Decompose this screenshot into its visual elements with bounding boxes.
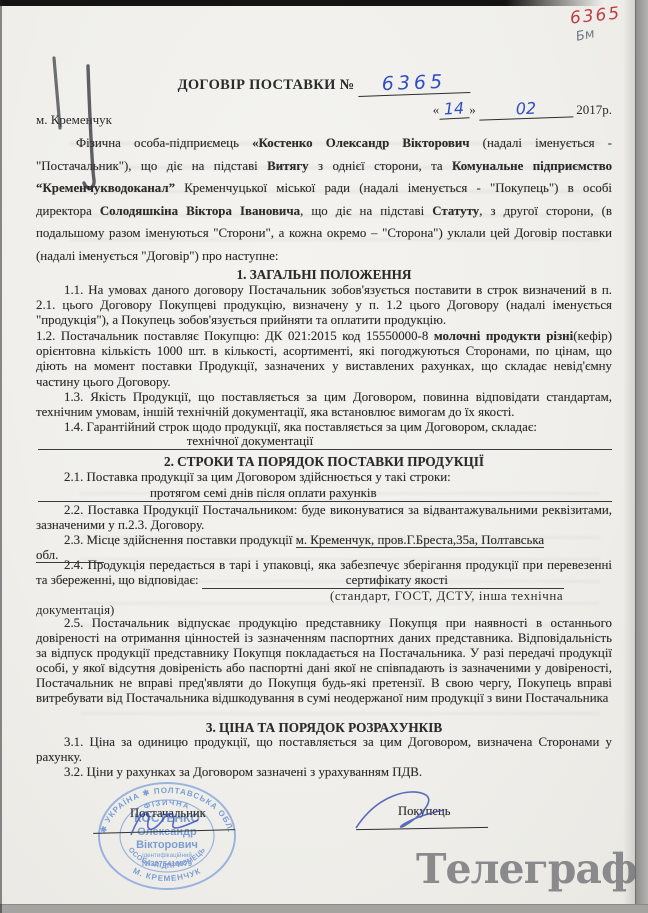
- clause-1-3: 1.3. Якість Продукції, що поставляється …: [36, 390, 612, 420]
- clause-2-4-fill-in: сертифікату якості: [202, 573, 564, 589]
- intro-run: , що діє на підставі: [300, 204, 432, 218]
- section-3-heading: 3. ЦІНА ТА ПОРЯДОК РОЗРАХУНКІВ: [36, 720, 612, 736]
- telegraf-watermark: ТелеграфЪ: [416, 845, 648, 893]
- clause-2-2: 2.2. Поставка Продукції Постачальником: …: [36, 503, 612, 533]
- registry-mark-handwritten: Бм: [575, 26, 596, 45]
- clause-1-1: 1.1. На умовах даного договору Постачаль…: [36, 283, 612, 329]
- section-2-heading: 2. СТРОКИ ТА ПОРЯДОК ПОСТАВКИ ПРОДУКЦІЇ: [36, 454, 612, 470]
- contract-title-label: ДОГОВІР ПОСТАВКИ №: [178, 77, 355, 93]
- intro-paragraph: Фізична особа-підприємець «Костенко Олек…: [36, 132, 612, 268]
- date-line: «14» 02 2017р.: [360, 99, 612, 119]
- stamp-id-number: №3275410579: [142, 859, 192, 868]
- scan-edge-right: [635, 0, 648, 913]
- stamp-id-label: ідентифікаційний: [142, 852, 192, 859]
- scan-shadow-right: [623, 0, 635, 913]
- intro-run: з однієї сторони, та: [309, 159, 452, 173]
- intro-run: Фізична особа-підприємець: [76, 136, 252, 150]
- contract-title: ДОГОВІР ПОСТАВКИ № 6365: [36, 72, 612, 95]
- watermark-gray-part: Телеграф: [416, 845, 637, 893]
- city-label: м. Кременчук: [36, 112, 112, 128]
- supplier-name-bold: «Костенко Олександр Вікторович: [252, 136, 469, 150]
- clause-2-3-label: 2.3. Місце здійснення поставки продукції: [64, 533, 296, 547]
- clause-2-1-fill-in: протягом семі днів після оплати рахунків: [38, 485, 612, 502]
- clause-2-4-note: (стандарт, ГОСТ, ДСТУ, інша технічна: [330, 589, 563, 604]
- registry-number-handwritten: 6365: [569, 3, 622, 28]
- clause-3-1: 3.1. Ціна за одиницю продукції, що поста…: [36, 735, 612, 765]
- clause-1-2-text: 1.2. Постачальник поставляє Покупцю: ДК …: [36, 329, 434, 343]
- date-year: 2017р.: [576, 102, 612, 117]
- clause-1-4-fill-in: технічної документації: [38, 433, 612, 450]
- clause-2-4: 2.4. Продукція передається в тарі і упак…: [36, 558, 612, 589]
- clause-2-1: 2.1. Поставка продукції за цим Договором…: [36, 470, 612, 485]
- clause-2-5: 2.5. Постачальник відпускає продукцію пр…: [36, 616, 612, 706]
- product-name-bold: молочні продукти різні: [434, 329, 573, 343]
- intro-run-bold: Статуту: [432, 204, 479, 218]
- date-month-handwritten: 02: [479, 97, 574, 120]
- section-1-heading: 1. ЗАГАЛЬНІ ПОЛОЖЕННЯ: [36, 267, 612, 283]
- director-name-bold: Солодяшкіна Віктора Івановича: [100, 204, 300, 218]
- buyer-signature: [348, 786, 478, 836]
- clause-3-2: 3.2. Ціни у рахунках за Договором зазнач…: [36, 765, 612, 780]
- date-quote-close: »: [469, 102, 476, 117]
- intro-run-bold: Витягу: [267, 159, 308, 173]
- clause-1-2: 1.2. Постачальник поставляє Покупцю: ДК …: [36, 329, 612, 390]
- scan-edge-left: [0, 0, 2, 913]
- contract-number-handwritten: 6365: [358, 70, 471, 97]
- scanned-contract-page: 6365 Бм ДОГОВІР ПОСТАВКИ № 6365 «14» 02 …: [0, 0, 648, 913]
- supplier-signature: [126, 800, 216, 845]
- date-day-handwritten: 14: [439, 98, 470, 120]
- scan-edge-bottom: [0, 904, 648, 913]
- scan-edge-top: [0, 0, 648, 6]
